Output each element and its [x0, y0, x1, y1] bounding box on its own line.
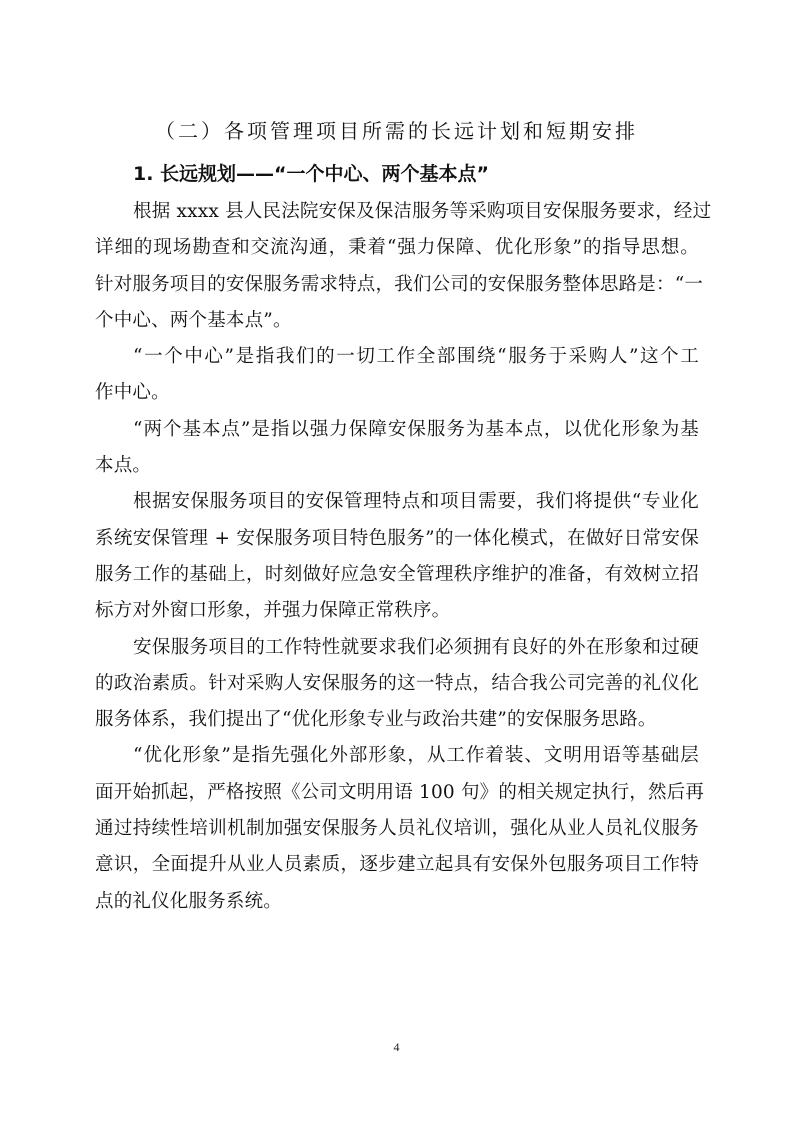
text-line: 根据 xxxx 县人民法院安保及保洁服务等采购项目安保服务要求，经过	[95, 194, 699, 230]
text-line: 标方对外窗口形象，并强力保障正常秩序。	[95, 593, 699, 629]
text-line: “优化形象”是指先强化外部形象，从工作着装、文明用语等基础层	[95, 738, 699, 774]
text-line: 安保服务项目的工作特性就要求我们必须拥有良好的外在形象和过硬	[95, 630, 699, 666]
paragraph-1: 根据 xxxx 县人民法院安保及保洁服务等采购项目安保服务要求，经过 详细的现场…	[95, 194, 699, 339]
text-line: 个中心、两个基本点”。	[95, 303, 699, 339]
text-line: 通过持续性培训机制加强安保服务人员礼仪培训，强化从业人员礼仪服务	[95, 811, 699, 847]
text-line: 服务体系，我们提出了“优化形象专业与政治共建”的安保服务思路。	[95, 702, 699, 738]
text-line: 意识，全面提升从业人员素质，逐步建立起具有安保外包服务项目工作特	[95, 847, 699, 883]
paragraph-2: “一个中心”是指我们的一切工作全部围绕“服务于采购人”这个工 作中心。	[95, 339, 699, 412]
text-line: 根据安保服务项目的安保管理特点和项目需要，我们将提供“专业化	[95, 484, 699, 520]
paragraph-4: 根据安保服务项目的安保管理特点和项目需要，我们将提供“专业化 系统安保管理 + …	[95, 484, 699, 629]
text-line: “两个基本点”是指以强力保障安保服务为基本点，以优化形象为基	[95, 412, 699, 448]
text-line: 作中心。	[95, 375, 699, 411]
paragraph-3: “两个基本点”是指以强力保障安保服务为基本点，以优化形象为基 本点。	[95, 412, 699, 485]
text-line: “一个中心”是指我们的一切工作全部围绕“服务于采购人”这个工	[95, 339, 699, 375]
page-number: 4	[0, 1040, 793, 1055]
text-line: 点的礼仪化服务系统。	[95, 884, 699, 920]
subheading: 1. 长远规划——“一个中心、两个基本点”	[133, 160, 489, 188]
text-line: 服务工作的基础上，时刻做好应急安全管理秩序维护的准备，有效树立招	[95, 557, 699, 593]
text-line: 的政治素质。针对采购人安保服务的这一特点，结合我公司完善的礼仪化	[95, 666, 699, 702]
document-page: （二）各项管理项目所需的长远计划和短期安排 1. 长远规划——“一个中心、两个基…	[0, 0, 793, 1122]
document-body: 根据 xxxx 县人民法院安保及保洁服务等采购项目安保服务要求，经过 详细的现场…	[95, 194, 699, 920]
paragraph-6: “优化形象”是指先强化外部形象，从工作着装、文明用语等基础层 面开始抓起，严格按…	[95, 738, 699, 919]
paragraph-5: 安保服务项目的工作特性就要求我们必须拥有良好的外在形象和过硬 的政治素质。针对采…	[95, 630, 699, 739]
text-line: 本点。	[95, 448, 699, 484]
text-line: 详细的现场勘查和交流沟通，秉着“强力保障、优化形象”的指导思想。	[95, 230, 699, 266]
text-line: 面开始抓起，严格按照《公司文明用语 100 句》的相关规定执行，然后再	[95, 775, 699, 811]
text-line: 系统安保管理 + 安保服务项目特色服务”的一体化模式，在做好日常安保	[95, 521, 699, 557]
section-title: （二）各项管理项目所需的长远计划和短期安排	[0, 117, 793, 145]
text-line: 针对服务项目的安保服务需求特点，我们公司的安保服务整体思路是：“一	[95, 267, 699, 303]
